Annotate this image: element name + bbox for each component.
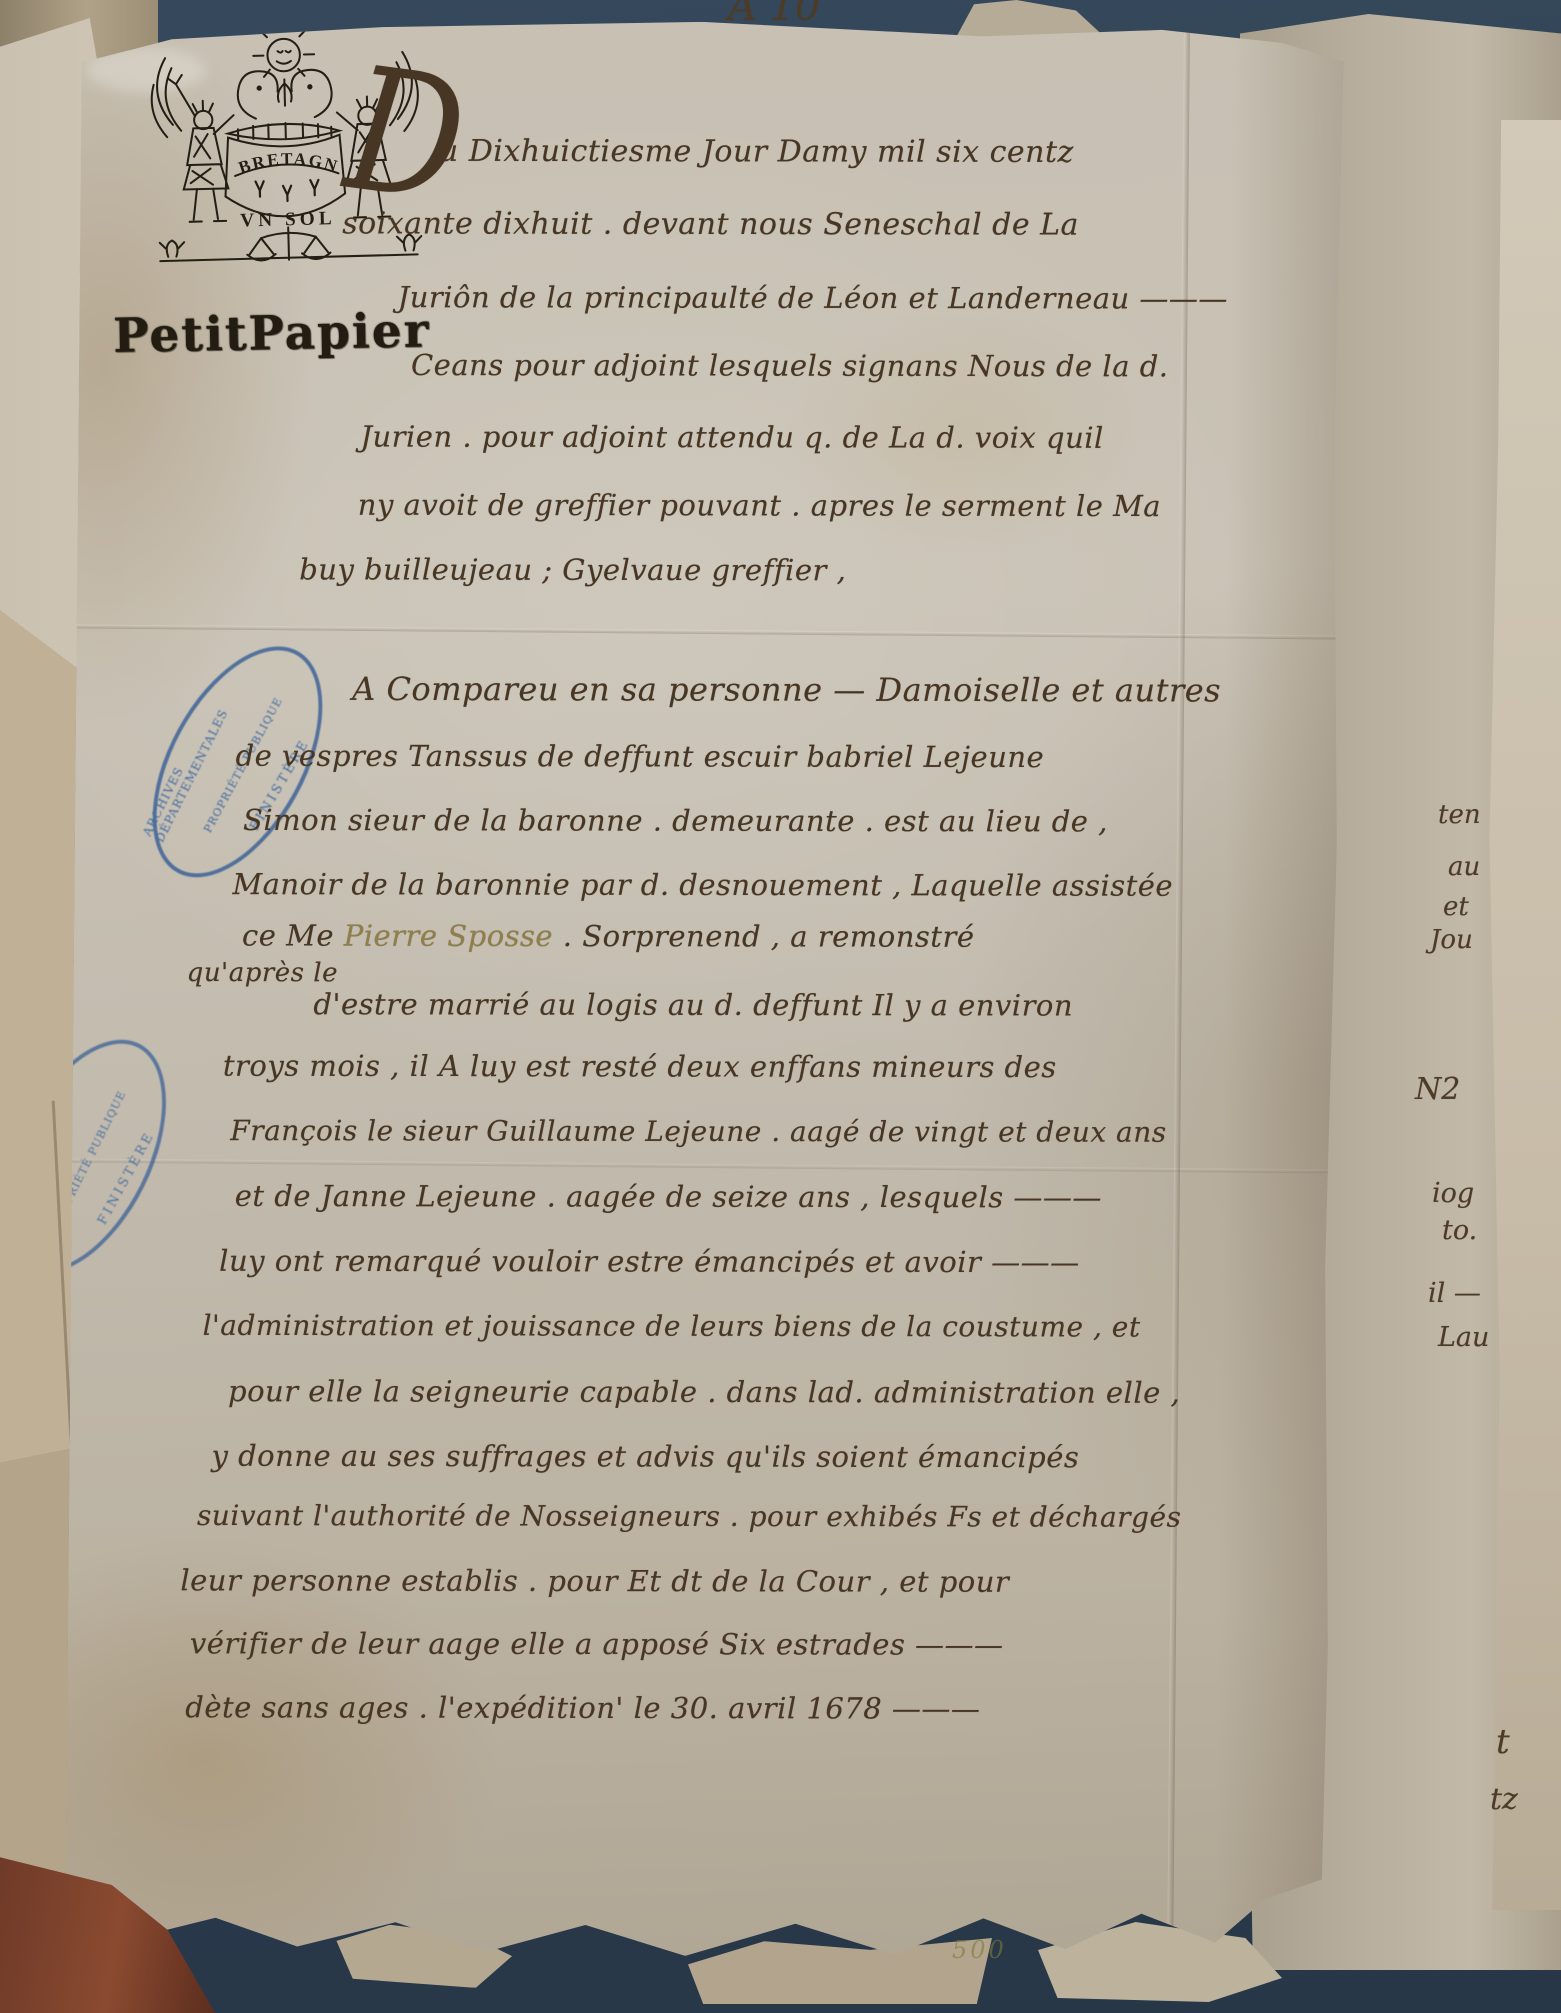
margin-fragment: t [1496,1722,1510,1762]
margin-fragment: et [1443,892,1469,922]
manuscript-line: et de Janne Lejeune . aagée de seize ans… [235,1179,1102,1215]
margin-fragment: tz [1490,1782,1518,1817]
manuscript-line: ny avoit de greffier pouvant . apres le … [358,488,1161,523]
manuscript-line: l'administration et jouissance de leurs … [203,1309,1141,1344]
manuscript-line: pour elle la seigneurie capable . dans l… [228,1374,1180,1410]
vertical-fold [1167,26,1190,1962]
photo-of-manuscript: A 10 [0,0,1561,2013]
faint-bottom-mark: 500 [952,1936,1007,1964]
archive-stamp-line3: FINISTÈRE [95,1129,158,1228]
margin-fragment: ten [1438,800,1481,830]
manuscript-line: Ceans pour adjoint lesquels signans Nous… [411,348,1169,383]
petit-papier-stamp: PetitPapier [113,303,431,364]
manuscript-line: Simon sieur de la baronne . demeurante .… [243,803,1108,839]
manuscript-line: A Compareu en sa personne — Damoiselle e… [352,670,1221,710]
manuscript-line: y donne au ses suffrages et advis qu'ils… [211,1439,1079,1475]
margin-fragment: to. [1442,1215,1477,1246]
manuscript-line: d'estre marrié au logis au d. deffunt Il… [313,987,1073,1022]
right-shading [1215,27,1344,1964]
manuscript-line: Juriôn de la principaulté de Léon et Lan… [398,280,1228,315]
margin-fragment: Jou [1430,925,1473,955]
horizontal-crease [72,1158,1334,1173]
manuscript-line: François le sieur Guillaume Lejeune . aa… [230,1114,1166,1149]
manuscript-sheet: BRETAGNE VN SOL [65,16,1344,1963]
manuscript-line: dète sans ages . l'expédition' le 30. av… [185,1690,980,1725]
manuscript-line: Manoir de la baronnie par d. desnouement… [232,867,1173,903]
manuscript-line: suivant l'authorité de Nosseigneurs . po… [197,1499,1182,1534]
manuscript-line: soixante dixhuit . devant nous Seneschal… [342,206,1079,242]
margin-fragment: iog [1432,1178,1474,1209]
manuscript-line: Jurien . pour adjoint attendu q. de La d… [360,420,1103,455]
margin-fragment: N2 [1415,1072,1460,1107]
manuscript-line: buy builleujeau ; Gyelvaue greffier , [299,552,846,587]
horizontal-crease [77,624,1339,639]
margin-fragment: au [1448,852,1480,882]
paper-scrap [688,1938,992,2004]
margin-fragment: il — [1428,1278,1481,1309]
name-line-post: . Sorprenend , a remonstré [553,919,974,954]
notary-name-light-ink: Pierre Sposse [344,919,553,953]
manuscript-line: luy ont remarqué vouloir estre émancipés… [219,1244,1079,1280]
manuscript-line: troys mois , il A luy est resté deux enf… [223,1049,1057,1084]
manuscript-line: vérifier de leur aage elle a apposé Six … [190,1626,1004,1661]
page-edge-strip [1488,120,1561,1910]
manuscript-line-with-name: ce Me Pierre Sposse . Sorprenend , a rem… [242,918,975,953]
manuscript-line: de vespres Tanssus de deffunt escuir bab… [236,739,1045,774]
margin-fragment: Lau [1438,1322,1489,1353]
manuscript-line: u Dixhuictiesme Jour Damy mil six centz [439,134,1074,170]
name-line-pre: ce Me [242,918,344,952]
manuscript-line: leur personne establis . pour Et dt de l… [180,1563,1009,1598]
sun-face-icon [267,38,300,71]
manuscript-line: qu'après le [187,958,338,988]
